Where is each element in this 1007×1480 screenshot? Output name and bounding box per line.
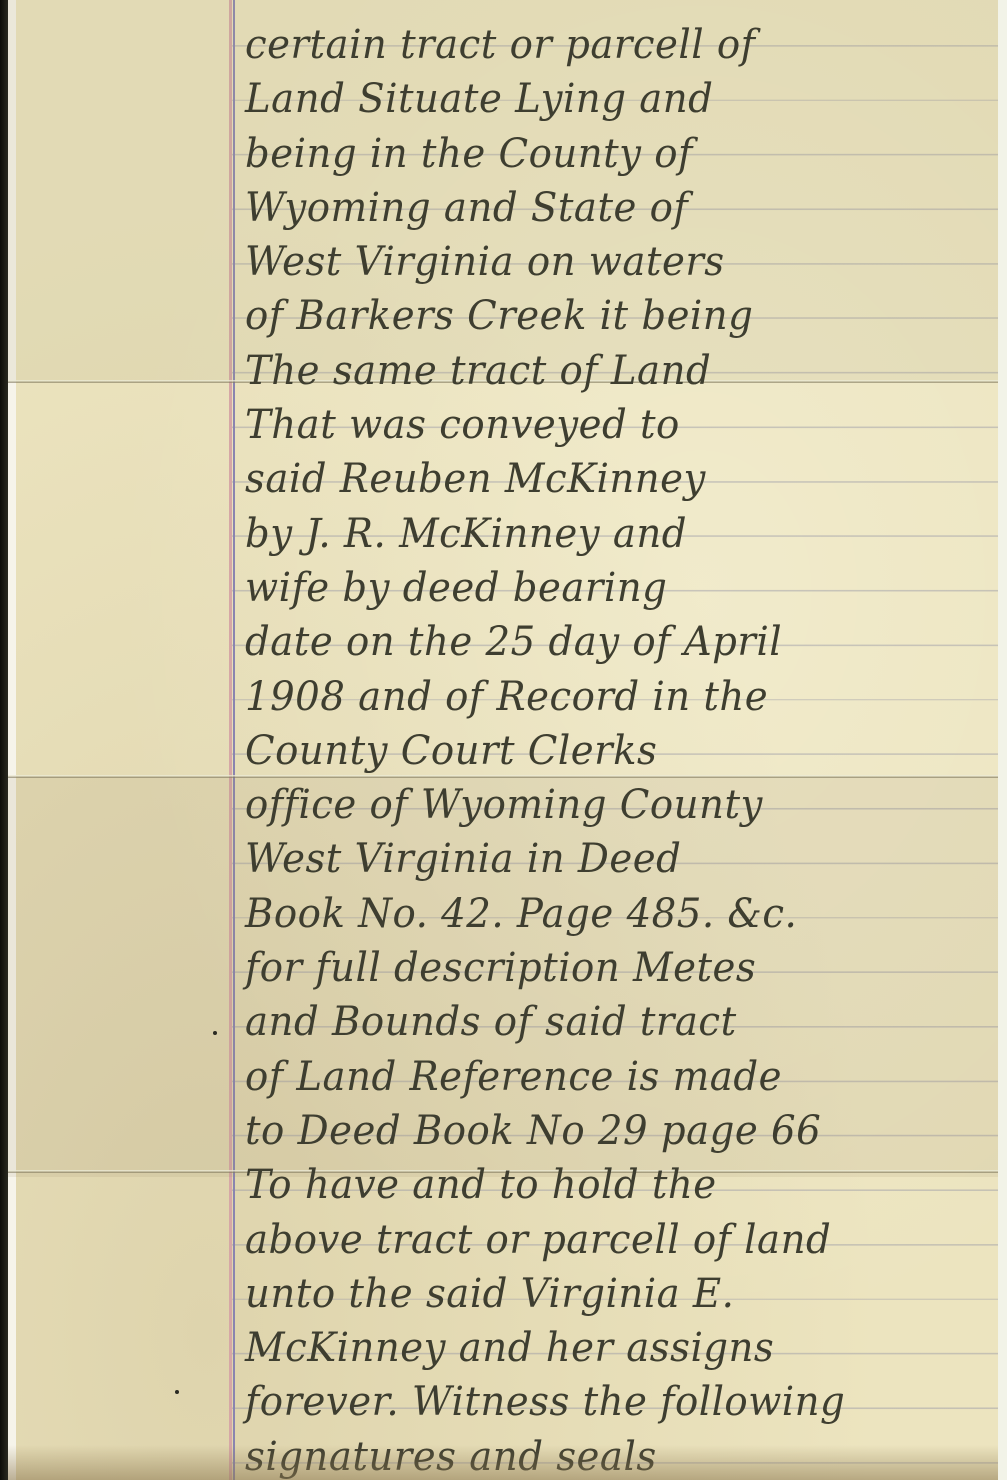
text-line: of Barkers Creek it being [245, 289, 980, 343]
text-line: certain tract or parcell of [245, 18, 980, 72]
text-line: being in the County of [245, 127, 980, 181]
text-line: unto the said Virginia E. [245, 1267, 980, 1321]
text-line: office of Wyoming County [245, 778, 980, 832]
text-line: for full description Metes [245, 941, 980, 995]
text-line: West Virginia in Deed [245, 832, 980, 886]
handwritten-text: certain tract or parcell of Land Situate… [245, 0, 1005, 1480]
text-line: and Bounds of said tract [245, 995, 980, 1049]
text-line: County Court Clerks [245, 724, 980, 778]
ink-dot [213, 1031, 217, 1035]
text-line: wife by deed bearing [245, 561, 980, 615]
scan-edge [0, 0, 8, 1480]
text-line: West Virginia on waters [245, 235, 980, 289]
text-line: The same tract of Land [245, 344, 980, 398]
text-line: above tract or parcell of land [245, 1213, 980, 1267]
text-line: forever. Witness the following [245, 1375, 980, 1429]
text-line: To have and to hold the [245, 1158, 980, 1212]
text-line: Land Situate Lying and [245, 72, 980, 126]
text-line: McKinney and her assigns [245, 1321, 980, 1375]
text-line: Wyoming and State of [245, 181, 980, 235]
text-line: date on the 25 day of April [245, 615, 980, 669]
text-line: by J. R. McKinney and [245, 507, 980, 561]
text-line: Book No. 42. Page 485. &c. [245, 887, 980, 941]
text-line: That was conveyed to [245, 398, 980, 452]
text-line: 1908 and of Record in the [245, 670, 980, 724]
ink-dot [175, 1390, 179, 1394]
page-bottom-shadow [8, 1445, 998, 1480]
text-line: of Land Reference is made [245, 1050, 980, 1104]
text-line: to Deed Book No 29 page 66 [245, 1104, 980, 1158]
text-line: said Reuben McKinney [245, 452, 980, 506]
